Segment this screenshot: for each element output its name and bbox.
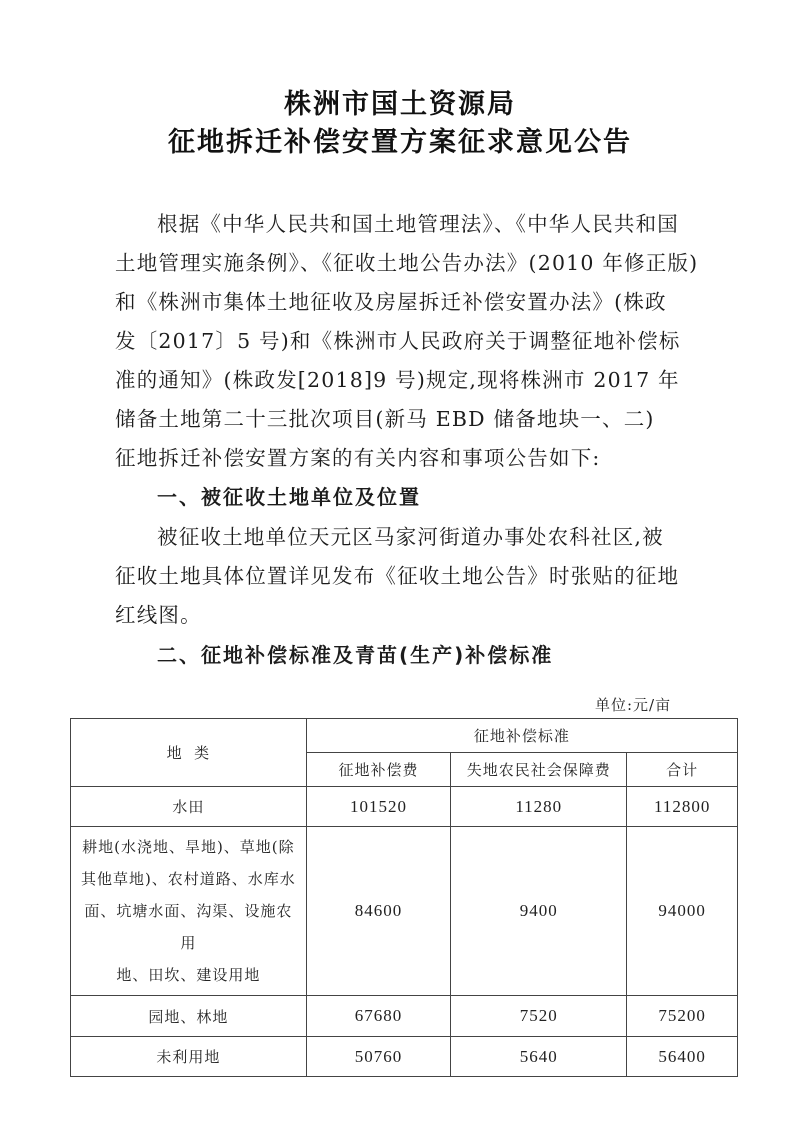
cell-total: 112800: [627, 787, 738, 827]
intro-paragraph-line: 和《株洲市集体土地征收及房屋拆迁补偿安置办法》(株政: [115, 285, 715, 315]
document-title-line1: 株洲市国土资源局: [0, 82, 800, 121]
cell-land-type: 未利用地: [71, 1037, 307, 1077]
intro-paragraph-line: 土地管理实施条例》、《征收土地公告办法》(2010 年修正版): [115, 246, 715, 276]
cell-social-security: 11280: [451, 787, 627, 827]
cell-total: 56400: [627, 1037, 738, 1077]
document-title-line2: 征地拆迁补偿安置方案征求意见公告: [0, 120, 800, 159]
cell-compensation: 84600: [306, 827, 450, 996]
cell-compensation: 101520: [306, 787, 450, 827]
cell-land-type-line: 地、田坎、建设用地: [77, 959, 300, 991]
section1-paragraph-line: 征收土地具体位置详见发布《征收土地公告》时张贴的征地: [115, 559, 715, 589]
intro-paragraph-line: 准的通知》(株政发[2018]9 号)规定,现将株洲市 2017 年: [115, 363, 715, 393]
cell-total: 75200: [627, 996, 738, 1037]
intro-paragraph-line: 储备土地第二十三批次项目(新马 EBD 储备地块一、二): [115, 402, 715, 432]
intro-paragraph-line: 征地拆迁补偿安置方案的有关内容和事项公告如下:: [115, 441, 715, 471]
unit-label: 单位:元/亩: [595, 694, 671, 715]
cell-total: 94000: [627, 827, 738, 996]
table-row: 园地、林地 67680 7520 75200: [71, 996, 738, 1037]
cell-social-security: 9400: [451, 827, 627, 996]
intro-paragraph-line: 根据《中华人民共和国土地管理法》、《中华人民共和国: [157, 207, 757, 237]
header-land-type: 地 类: [71, 719, 307, 787]
table-row: 未利用地 50760 5640 56400: [71, 1037, 738, 1077]
cell-social-security: 7520: [451, 996, 627, 1037]
header-group-compensation-standard: 征地补偿标准: [306, 719, 737, 753]
header-compensation-fee: 征地补偿费: [306, 753, 450, 787]
table-header-row: 地 类 征地补偿标准: [71, 719, 738, 753]
section1-paragraph-line: 被征收土地单位天元区马家河街道办事处农科社区,被: [157, 520, 757, 550]
table-row: 耕地(水浇地、旱地)、草地(除 其他草地)、农村道路、水库水 面、坑塘水面、沟渠…: [71, 827, 738, 996]
cell-land-type-line: 面、坑塘水面、沟渠、设施农用: [77, 895, 300, 959]
section1-heading: 一、被征收土地单位及位置: [157, 481, 757, 510]
header-total: 合计: [627, 753, 738, 787]
section2-heading: 二、征地补偿标准及青苗(生产)补偿标准: [157, 639, 757, 668]
compensation-table: 地 类 征地补偿标准 征地补偿费 失地农民社会保障费 合计 水田 101520 …: [70, 718, 738, 1077]
header-social-security-fee: 失地农民社会保障费: [451, 753, 627, 787]
cell-land-type: 耕地(水浇地、旱地)、草地(除 其他草地)、农村道路、水库水 面、坑塘水面、沟渠…: [71, 827, 307, 996]
table-row: 水田 101520 11280 112800: [71, 787, 738, 827]
cell-land-type-line: 其他草地)、农村道路、水库水: [77, 863, 300, 895]
cell-land-type: 园地、林地: [71, 996, 307, 1037]
section1-paragraph-line: 红线图。: [115, 598, 715, 628]
cell-social-security: 5640: [451, 1037, 627, 1077]
cell-compensation: 67680: [306, 996, 450, 1037]
cell-land-type-line: 耕地(水浇地、旱地)、草地(除: [77, 831, 300, 863]
cell-land-type: 水田: [71, 787, 307, 827]
cell-compensation: 50760: [306, 1037, 450, 1077]
intro-paragraph-line: 发〔2017〕5 号)和《株洲市人民政府关于调整征地补偿标: [115, 324, 715, 354]
